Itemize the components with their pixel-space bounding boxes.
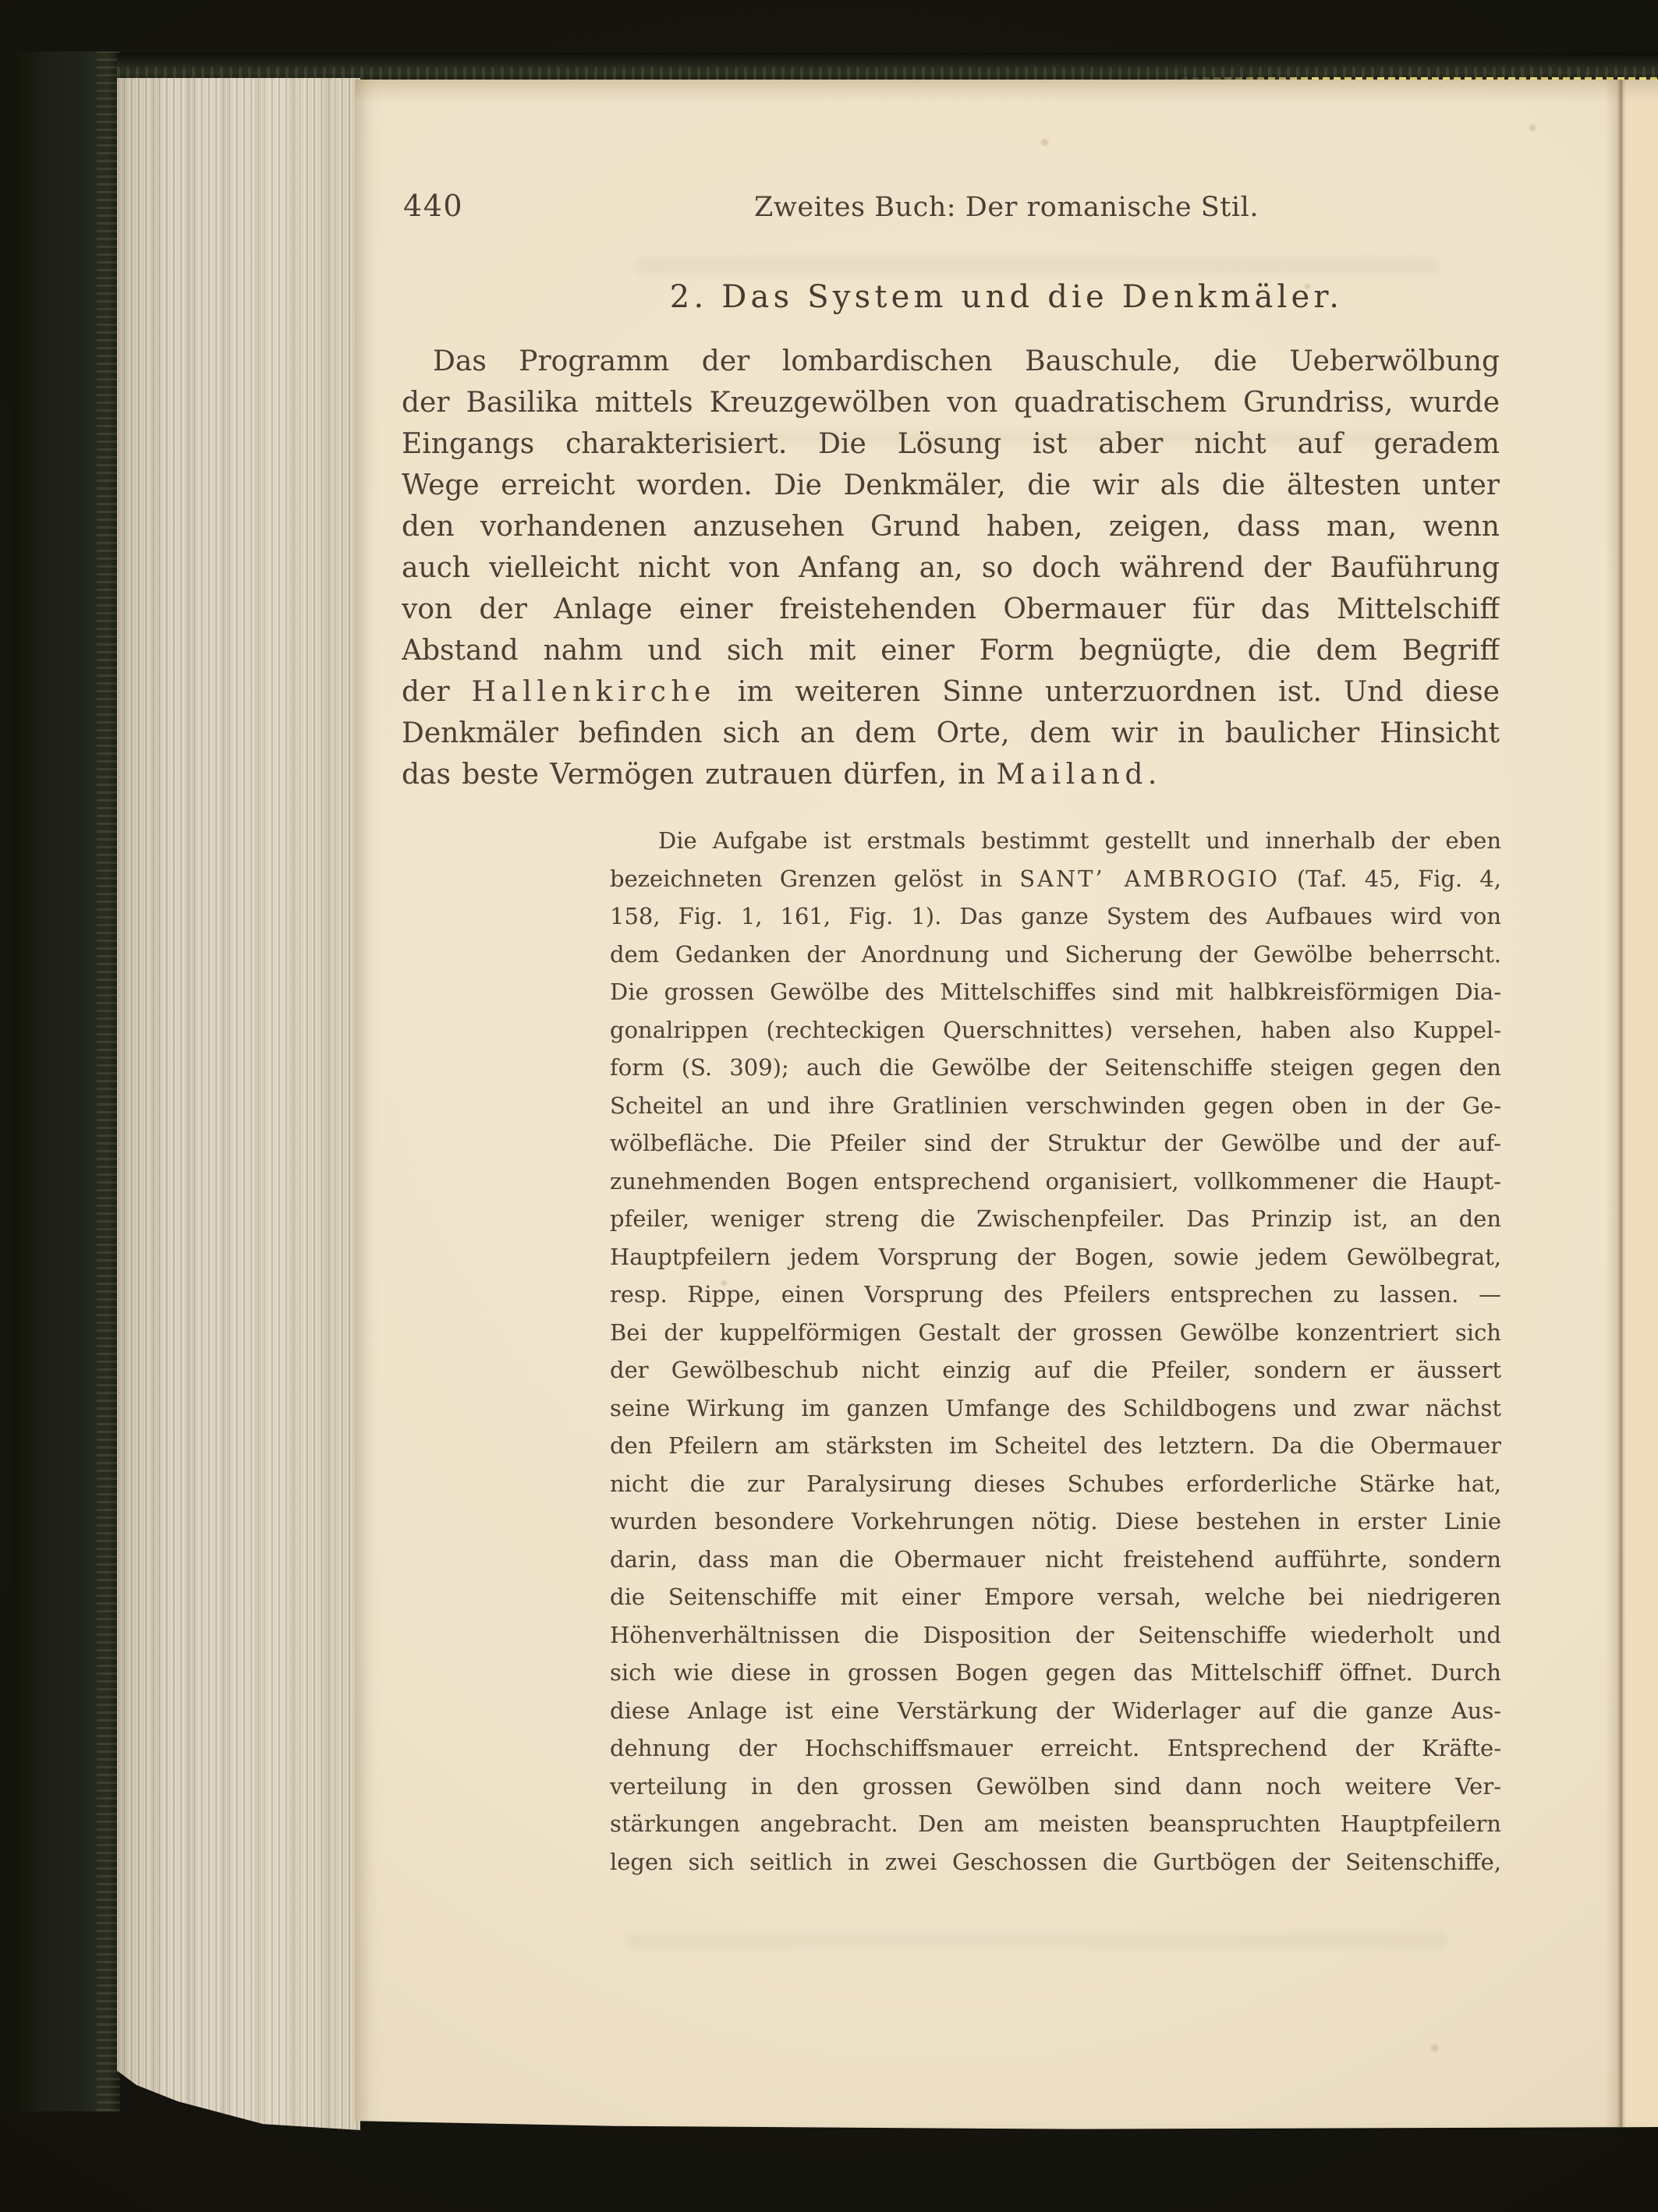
text-line: der Hallenkirche im weiteren Sinne unter…	[402, 671, 1500, 713]
text-line: dehnung der Hochschiffsmauer erreicht. E…	[610, 1729, 1501, 1768]
text-line: wurden besondere Vorkehrungen nötig. Die…	[610, 1502, 1501, 1541]
text-line: auch vielleicht nicht von Anfang an, so …	[402, 547, 1500, 589]
show-through-text	[628, 1934, 1447, 1948]
text-line: stärkungen angebracht. Den am meisten be…	[610, 1805, 1501, 1843]
running-title: Zweites Buch: Der romanische Stil.	[754, 192, 1259, 223]
foxing-spot	[1041, 139, 1048, 146]
section-heading: 2. Das System und die Denkmäler.	[670, 279, 1343, 315]
text-line: dem Gedanken der Anordnung und Sicherung…	[610, 936, 1501, 974]
text-line: bezeichneten Grenzen gelöst in SANT’ AMB…	[610, 860, 1501, 898]
show-through-text	[636, 257, 1439, 274]
text-line: das beste Vermögen zutrauen dürfen, in M…	[402, 754, 1500, 795]
page-edge-stack	[117, 78, 360, 2130]
text-line: Die grossen Gewölbe des Mittelschiffes s…	[610, 973, 1501, 1011]
text-line: 158, Fig. 1, 161, Fig. 1). Das ganze Sys…	[610, 897, 1501, 936]
text-line: resp. Rippe, einen Vorsprung des Pfeiler…	[610, 1276, 1501, 1314]
text-line: den Pfeilern am stärksten im Scheitel de…	[610, 1427, 1501, 1465]
text-line: wölbefläche. Die Pfeiler sind der Strukt…	[610, 1124, 1501, 1163]
text-line: von der Anlage einer freistehenden Oberm…	[402, 589, 1500, 630]
book-cover-spine	[12, 51, 120, 2111]
text-line: Höhenverhältnissen die Disposition der S…	[610, 1616, 1501, 1655]
text-line: Eingangs charakterisiert. Die Lösung ist…	[402, 423, 1500, 465]
text-line: Abstand nahm und sich mit einer Form beg…	[402, 630, 1500, 671]
text-line: form (S. 309); auch die Gewölbe der Seit…	[610, 1049, 1501, 1087]
text-line: seine Wirkung im ganzen Umfange des Schi…	[610, 1389, 1501, 1428]
text-line: darin, dass man die Obermauer nicht frei…	[610, 1541, 1501, 1579]
text-line: diese Anlage ist eine Verstärkung der Wi…	[610, 1692, 1501, 1730]
text-line: zunehmenden Bogen entsprechend organisie…	[610, 1163, 1501, 1201]
paragraph-main: Das Programm der lombardischen Bauschule…	[402, 341, 1500, 795]
text-line: Scheitel an und ihre Gratlinien verschwi…	[610, 1087, 1501, 1125]
text-line: der Basilika mittels Kreuzgewölben von q…	[402, 382, 1500, 423]
scanned-book-photo: 440 Zweites Buch: Der romanische Stil. 2…	[0, 0, 1658, 2212]
text-line: die Seitenschiffe mit einer Empore versa…	[610, 1578, 1501, 1616]
foxing-spot	[1431, 2044, 1438, 2051]
text-line: Wege erreicht worden. Die Denkmäler, die…	[402, 465, 1500, 506]
text-line: den vorhandenen anzusehen Grund haben, z…	[402, 506, 1500, 547]
text-line: nicht die zur Paralysirung dieses Schube…	[610, 1465, 1501, 1503]
text-line: verteilung in den grossen Gewölben sind …	[610, 1768, 1501, 1806]
text-line: Die Aufgabe ist erstmals bestimmt gestel…	[610, 822, 1501, 860]
text-line: der Gewölbeschub nicht einzig auf die Pf…	[610, 1351, 1501, 1389]
paragraph-petit: Die Aufgabe ist erstmals bestimmt gestel…	[610, 822, 1501, 1881]
text-line: pfeiler, weniger streng die Zwischenpfei…	[610, 1200, 1501, 1238]
page-number: 440	[403, 189, 463, 223]
text-line: Bei der kuppelförmigen Gestalt der gross…	[610, 1314, 1501, 1352]
book-page: 440 Zweites Buch: Der romanische Stil. 2…	[355, 80, 1658, 2130]
foxing-spot	[1529, 125, 1536, 131]
text-line: gonalrippen (rechteckigen Querschnittes)…	[610, 1011, 1501, 1049]
text-line: sich wie diese in grossen Bogen gegen da…	[610, 1654, 1501, 1692]
text-line: legen sich seitlich in zwei Geschossen d…	[610, 1843, 1501, 1881]
text-line: Das Programm der lombardischen Bauschule…	[402, 341, 1500, 382]
text-line: Hauptpfeilern jedem Vorsprung der Bogen,…	[610, 1238, 1501, 1276]
text-line: Denkmäler befinden sich an dem Orte, dem…	[402, 713, 1500, 754]
page-fold-shadow	[1605, 80, 1627, 2130]
